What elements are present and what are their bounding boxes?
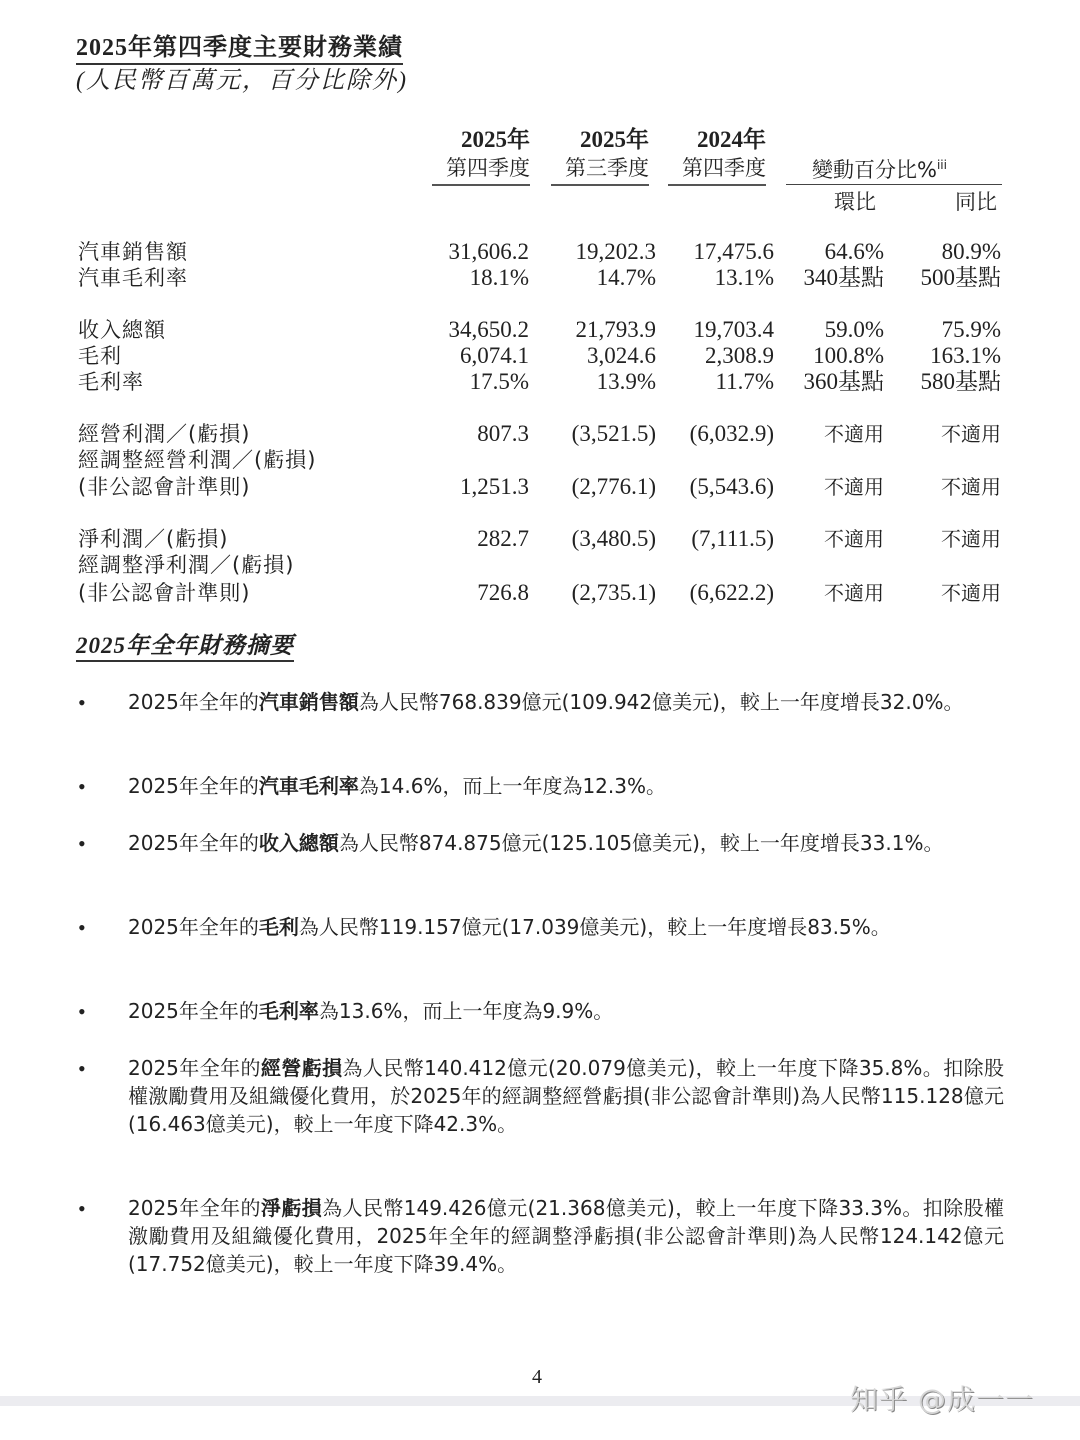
- cell: (6,622.2): [690, 580, 774, 606]
- cell: 不適用: [824, 421, 884, 447]
- table-row-label-line: 經調整淨利潤／(虧損): [0, 552, 1080, 578]
- cell: 17.5%: [470, 369, 529, 395]
- footnote-marker: iii: [937, 158, 947, 172]
- cell: (2,735.1): [572, 580, 656, 606]
- yoy-header: 同比: [955, 186, 997, 216]
- cell: 100.8%: [813, 343, 884, 369]
- change-header: 變動百分比%iii: [812, 154, 947, 184]
- item-text: 為人民幣874.875億元(125.105億美元)，較上一年度增長33.1%。: [339, 831, 944, 855]
- bullet-icon: •: [78, 831, 86, 857]
- table-row: 淨利潤／(虧損) 282.7 (3,480.5) (7,111.5) 不適用 不…: [0, 526, 1080, 552]
- table-row: 汽車毛利率 18.1% 14.7% 13.1% 340基點 500基點: [0, 265, 1080, 291]
- summary-item: 2025年全年的收入總額為人民幣874.875億元(125.105億美元)，較上…: [128, 829, 1004, 857]
- row-label: 汽車毛利率: [78, 265, 188, 291]
- cell: 14.7%: [597, 265, 656, 291]
- summary-item: 2025年全年的毛利率為13.6%，而上一年度為9.9%。: [128, 997, 1004, 1025]
- cell: (5,543.6): [690, 474, 774, 500]
- cell: 13.1%: [715, 265, 774, 291]
- page-title: 2025年第四季度主要財務業績: [76, 34, 403, 65]
- summary-item: 2025年全年的淨虧損為人民幣149.426億元(21.368億美元)，較上一年…: [128, 1194, 1004, 1278]
- change-underline: [786, 184, 1002, 185]
- item-highlight: 毛利率: [259, 999, 319, 1023]
- row-label: 經營利潤／(虧損): [78, 421, 250, 447]
- cell: 580基點: [921, 369, 1002, 395]
- cell: 500基點: [921, 265, 1002, 291]
- item-prefix: 2025年全年的: [128, 1196, 261, 1220]
- column-quarter: 第四季度: [662, 154, 766, 182]
- section-title: 2025年全年財務摘要: [76, 632, 294, 662]
- item-highlight: 經營虧損: [261, 1056, 343, 1080]
- table-row: 收入總額 34,650.2 21,793.9 19,703.4 59.0% 75…: [0, 317, 1080, 343]
- item-prefix: 2025年全年的: [128, 1056, 261, 1080]
- cell: 19,202.3: [576, 239, 657, 265]
- item-highlight: 淨虧損: [261, 1196, 322, 1220]
- cell: (2,776.1): [572, 474, 656, 500]
- bullet-icon: •: [78, 915, 86, 941]
- item-text: 為13.6%，而上一年度為9.9%。: [319, 999, 613, 1023]
- column-underline: [551, 184, 649, 186]
- table-row-label-line: 經調整經營利潤／(虧損): [0, 447, 1080, 473]
- column-underline: [432, 184, 530, 186]
- row-label: 毛利率: [78, 369, 144, 395]
- item-highlight: 收入總額: [259, 831, 339, 855]
- row-label: 經調整經營利潤／(虧損): [78, 447, 316, 473]
- bullet-icon: •: [78, 1056, 86, 1082]
- cell: 不適用: [824, 580, 884, 606]
- cell: 21,793.9: [576, 317, 657, 343]
- cell: 340基點: [804, 265, 885, 291]
- change-header-label: 變動百分比%: [812, 158, 937, 182]
- cell: 13.9%: [597, 369, 656, 395]
- watermark: 知乎 @成一一: [850, 1378, 1034, 1418]
- column-header-q4-2024: 2024年 第四季度: [662, 126, 766, 182]
- row-label-continuation: (非公認會計準則): [78, 474, 250, 500]
- cell: 75.9%: [942, 317, 1001, 343]
- cell: 6,074.1: [460, 343, 529, 369]
- cell: 807.3: [477, 421, 529, 447]
- cell: 不適用: [941, 526, 1001, 552]
- summary-item: 2025年全年的汽車毛利率為14.6%，而上一年度為12.3%。: [128, 772, 1004, 800]
- table-row: 汽車銷售額 31,606.2 19,202.3 17,475.6 64.6% 8…: [0, 239, 1080, 265]
- column-year: 2024年: [662, 126, 766, 154]
- item-text: 為14.6%，而上一年度為12.3%。: [359, 774, 666, 798]
- cell: 不適用: [824, 474, 884, 500]
- table-row: (非公認會計準則) 1,251.3 (2,776.1) (5,543.6) 不適…: [0, 474, 1080, 500]
- cell: 1,251.3: [460, 474, 529, 500]
- table-row: 毛利率 17.5% 13.9% 11.7% 360基點 580基點: [0, 369, 1080, 395]
- item-highlight: 汽車毛利率: [259, 774, 359, 798]
- cell: 34,650.2: [449, 317, 530, 343]
- bullet-icon: •: [78, 999, 86, 1025]
- cell: 360基點: [804, 369, 885, 395]
- item-prefix: 2025年全年的: [128, 915, 259, 939]
- row-label: 汽車銷售額: [78, 239, 188, 265]
- cell: 不適用: [941, 474, 1001, 500]
- row-label: 經調整淨利潤／(虧損): [78, 552, 294, 578]
- cell: (6,032.9): [690, 421, 774, 447]
- cell: 726.8: [477, 580, 529, 606]
- item-highlight: 汽車銷售額: [259, 690, 359, 714]
- table-row: 經營利潤／(虧損) 807.3 (3,521.5) (6,032.9) 不適用 …: [0, 421, 1080, 447]
- cell: 2,308.9: [705, 343, 774, 369]
- bullet-icon: •: [78, 774, 86, 800]
- cell: 80.9%: [942, 239, 1001, 265]
- row-label: 淨利潤／(虧損): [78, 526, 228, 552]
- bullet-icon: •: [78, 1196, 86, 1222]
- qoq-header: 環比: [834, 186, 876, 216]
- table-row: 毛利 6,074.1 3,024.6 2,308.9 100.8% 163.1%: [0, 343, 1080, 369]
- page-subtitle: (人民幣百萬元，百分比除外): [76, 66, 408, 96]
- cell: 163.1%: [930, 343, 1001, 369]
- summary-item: 2025年全年的經營虧損為人民幣140.412億元(20.079億美元)，較上一…: [128, 1054, 1004, 1138]
- item-text: 為人民幣768.839億元(109.942億美元)，較上一年度增長32.0%。: [359, 690, 964, 714]
- cell: 11.7%: [715, 369, 774, 395]
- table-row: (非公認會計準則) 726.8 (2,735.1) (6,622.2) 不適用 …: [0, 580, 1080, 606]
- item-highlight: 毛利: [259, 915, 299, 939]
- summary-item: 2025年全年的毛利為人民幣119.157億元(17.039億美元)，較上一年度…: [128, 913, 1004, 941]
- cell: 不適用: [824, 526, 884, 552]
- cell: 64.6%: [825, 239, 884, 265]
- item-text: 為人民幣119.157億元(17.039億美元)，較上一年度增長83.5%。: [299, 915, 891, 939]
- cell: (3,480.5): [572, 526, 656, 552]
- cell: 282.7: [477, 526, 529, 552]
- item-prefix: 2025年全年的: [128, 831, 259, 855]
- cell: 不適用: [941, 421, 1001, 447]
- row-label: 毛利: [78, 343, 122, 369]
- cell: 19,703.4: [694, 317, 775, 343]
- column-quarter: 第三季度: [545, 154, 649, 182]
- item-prefix: 2025年全年的: [128, 690, 259, 714]
- row-label: 收入總額: [78, 317, 166, 343]
- cell: 17,475.6: [694, 239, 775, 265]
- cell: 59.0%: [825, 317, 884, 343]
- cell: (3,521.5): [572, 421, 656, 447]
- cell: 3,024.6: [587, 343, 656, 369]
- cell: 不適用: [941, 580, 1001, 606]
- column-year: 2025年: [545, 126, 649, 154]
- cell: 18.1%: [470, 265, 529, 291]
- cell: (7,111.5): [691, 526, 774, 552]
- column-underline: [668, 184, 766, 186]
- column-header-q3-2025: 2025年 第三季度: [545, 126, 649, 182]
- column-header-q4-2025: 2025年 第四季度: [428, 126, 530, 182]
- column-quarter: 第四季度: [428, 154, 530, 182]
- cell: 31,606.2: [449, 239, 530, 265]
- column-year: 2025年: [428, 126, 530, 154]
- row-label-continuation: (非公認會計準則): [78, 580, 250, 606]
- page-number: 4: [532, 1366, 542, 1389]
- bullet-icon: •: [78, 690, 86, 716]
- item-prefix: 2025年全年的: [128, 999, 259, 1023]
- summary-item: 2025年全年的汽車銷售額為人民幣768.839億元(109.942億美元)，較…: [128, 688, 1004, 716]
- item-prefix: 2025年全年的: [128, 774, 259, 798]
